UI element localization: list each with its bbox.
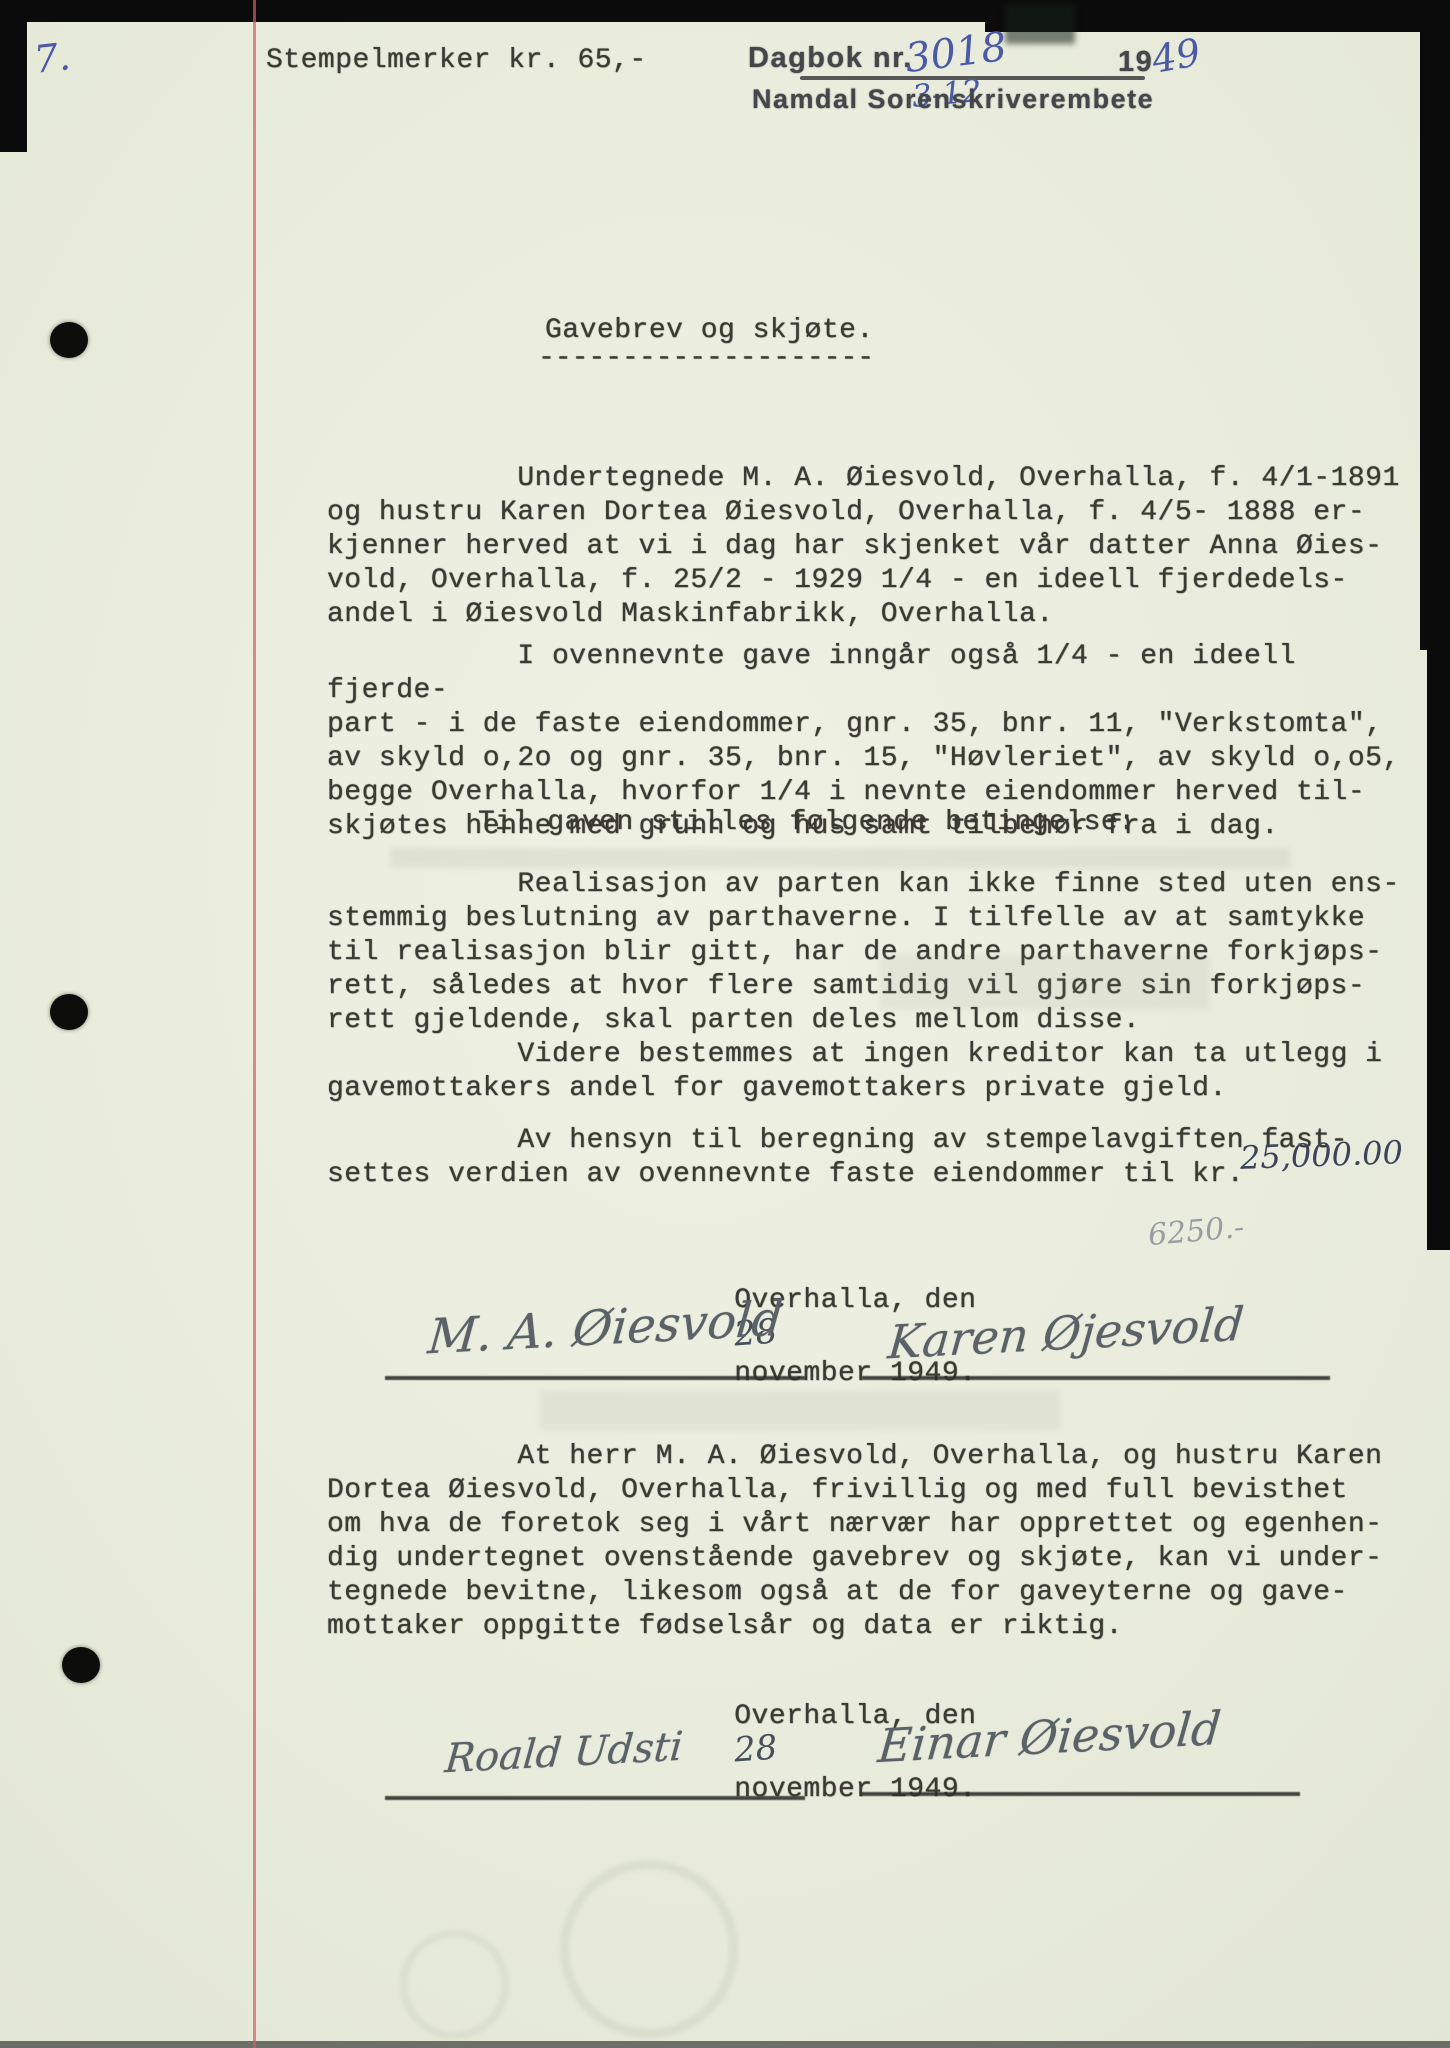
- bleedthrough-stamp-ghost-1: [560, 1860, 738, 2038]
- signature-line-witness-1: [385, 1796, 805, 1800]
- scan-edge-right-upper: [1420, 0, 1450, 650]
- bleedthrough-smudge-3: [540, 1390, 1060, 1430]
- paragraph-gift-declaration: Undertegnede M. A. Øiesvold, Overhalla, …: [327, 462, 1412, 632]
- margin-rule: [253, 0, 256, 2048]
- signature-line-giver-1: [385, 1376, 805, 1380]
- office-stamp: Namdal Sorenskriverembete: [752, 84, 1154, 115]
- year-handwritten: 49: [1149, 30, 1204, 82]
- bleedthrough-stamp-ghost-2: [400, 1930, 509, 2039]
- paragraph-witness-attestation: At herr M. A. Øiesvold, Overhalla, og hu…: [327, 1440, 1412, 1644]
- dagbok-stamp-label: Dagbok nr.: [748, 42, 913, 75]
- signature-line-witness-2: [860, 1792, 1300, 1796]
- scan-edge-left: [0, 0, 27, 152]
- scanned-document-page: 7. Stempelmerker kr. 65,- Dagbok nr. 301…: [0, 0, 1450, 2048]
- title-underline: --------------------: [538, 342, 874, 376]
- signature-witness-1: Roald Udsti: [443, 1724, 685, 1783]
- paragraph-realisation-condition: Realisasjon av parten kan ikke finne ste…: [327, 868, 1412, 1038]
- paragraph-creditor-clause: Videre bestemmes at ingen kreditor kan t…: [327, 1038, 1412, 1106]
- date-day-handwritten-2: 28: [733, 1731, 779, 1768]
- scan-edge-right-lower: [1427, 650, 1450, 1250]
- signature-line-giver-2: [862, 1376, 1330, 1380]
- bleedthrough-smudge-2: [880, 955, 1210, 1010]
- pencil-margin-note: 6250.-: [1147, 1210, 1246, 1253]
- punch-hole-top: [50, 322, 88, 358]
- stamp-fee-note: Stempelmerker kr. 65,-: [266, 44, 647, 78]
- punch-hole-middle: [50, 994, 88, 1030]
- page-number-handwritten: 7.: [32, 34, 73, 82]
- date-rest-2: november 1949.: [734, 1774, 976, 1805]
- bleedthrough-smudge-1: [390, 848, 1290, 868]
- punch-hole-bottom: [62, 1647, 100, 1683]
- conditions-heading: Til gaven stilles følgende betingelse:: [478, 806, 1136, 840]
- dagbok-number-handwritten: 3018: [903, 24, 1010, 82]
- scan-edge-bottom: [0, 2041, 1450, 2048]
- valuation-amount-handwritten: 25,000.00: [1239, 1133, 1403, 1177]
- year-prefix-stamp: 19: [1118, 46, 1153, 79]
- stamp-smudge: [1005, 4, 1075, 44]
